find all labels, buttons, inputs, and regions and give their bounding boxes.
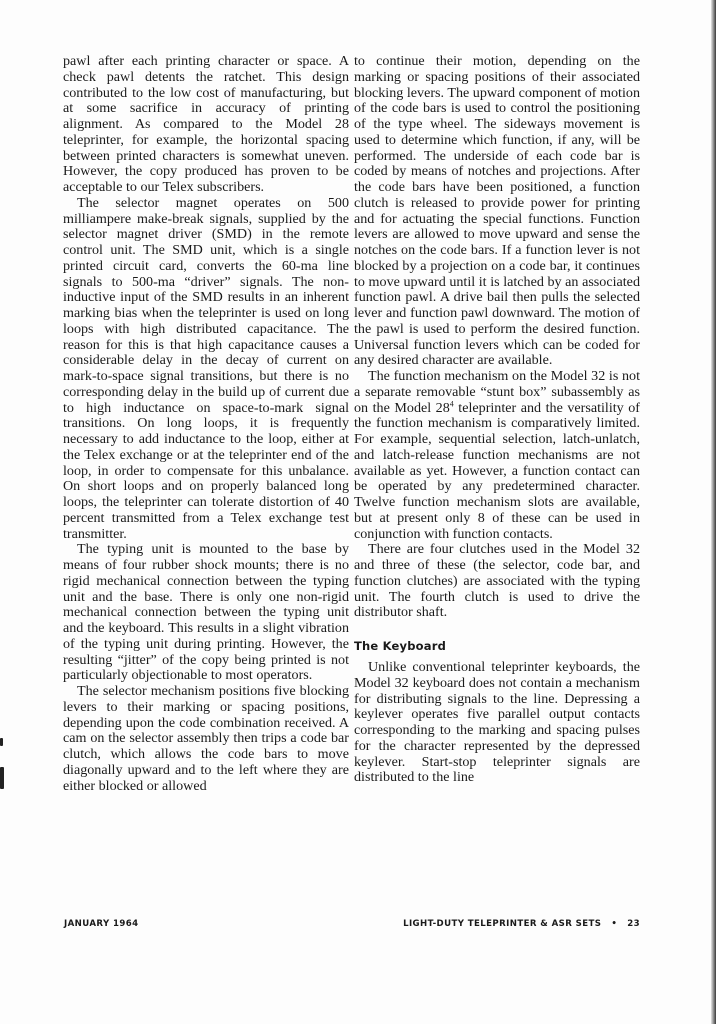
footer-separator: •	[611, 919, 617, 929]
body-paragraph: The function mechanism on the Model 32 i…	[354, 369, 640, 542]
body-paragraph: pawl after each printing character or sp…	[63, 54, 349, 196]
page-edge-shadow	[711, 0, 716, 1024]
left-column: pawl after each printing character or sp…	[63, 54, 349, 794]
scan-artifact-mark	[0, 767, 4, 789]
body-paragraph: The typing unit is mounted to the base b…	[63, 542, 349, 684]
scan-artifact-mark	[0, 738, 3, 746]
footer-running-title: LIGHT-DUTY TELEPRINTER & ASR SETS • 23	[403, 919, 640, 929]
body-paragraph: The selector mechanism positions five bl…	[63, 684, 349, 794]
page-number: 23	[627, 919, 640, 929]
body-paragraph: The selector magnet operates on 500 mill…	[63, 196, 349, 543]
footer-date: JANUARY 1964	[64, 919, 139, 929]
body-paragraph: to continue their motion, depending on t…	[354, 54, 640, 369]
right-column: to continue their motion, depending on t…	[354, 54, 640, 786]
paragraph-text: teleprinter and the versatility of the f…	[354, 400, 640, 542]
footer-publication: LIGHT-DUTY TELEPRINTER & ASR SETS	[403, 919, 601, 929]
body-paragraph: Unlike conventional teleprinter keyboard…	[354, 660, 640, 786]
body-paragraph: There are four clutches used in the Mode…	[354, 542, 640, 621]
section-heading: The Keyboard	[354, 639, 640, 654]
